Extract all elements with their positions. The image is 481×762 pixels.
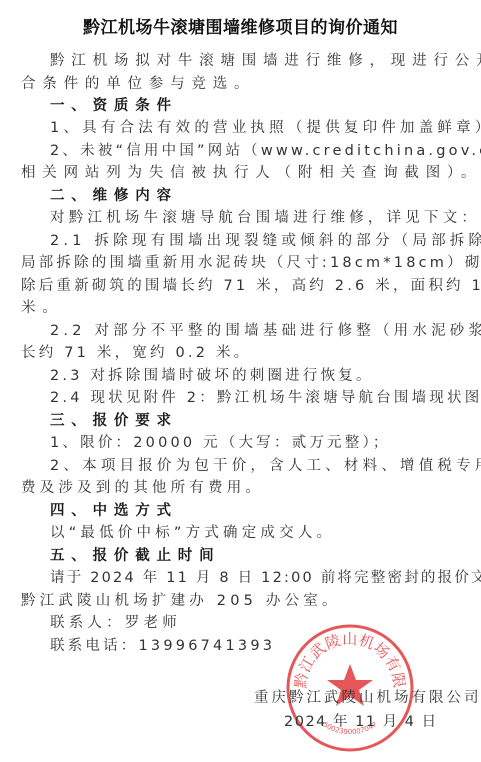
quote-1: 1、限价：20000 元（大写：贰万元整）； bbox=[50, 434, 471, 452]
repair-2-2-cont: 长约 71 米，宽约 0.2 米。 bbox=[21, 344, 471, 362]
repair-2-2: 2.2 对部分不平整的围墙基础进行修整（用水泥砂浆填平）， bbox=[50, 322, 471, 340]
signature-company: 重庆黔江武陵山机场有限公司 bbox=[254, 686, 481, 707]
notice-title: 黔江机场牛滚塘围墙维修项目的询价通知 bbox=[0, 13, 481, 38]
section-heading-selection: 四、中选方式 bbox=[50, 502, 471, 520]
repair-2-1-cont-3: 米。 bbox=[21, 299, 471, 317]
signature-date: 2024 年 11 月 4 日 bbox=[284, 710, 438, 731]
qualification-2-cont: 相关网站列为失信被执行人（附相关查询截图）。 bbox=[21, 164, 471, 182]
intro-line-1: 黔江机场拟对牛滚塘围墙进行维修，现进行公开询价，欢迎符 bbox=[50, 52, 471, 70]
repair-intro: 对黔江机场牛滚塘导航台围墙进行维修，详见下文： bbox=[50, 209, 471, 227]
repair-2-4: 2.4 现状见附件 2：黔江机场牛滚塘导航台围墙现状图。 bbox=[50, 389, 471, 407]
deadline-text: 请于 2024 年 11 月 8 日 12:00 前将完整密封的报价文件递交至 bbox=[50, 569, 471, 587]
repair-2-1-cont-2: 除后重新砌筑的围墙长约 71 米，高约 2.6 米，面积约 184.6 平方 bbox=[21, 277, 471, 295]
section-heading-repair: 二、维修内容 bbox=[50, 187, 471, 205]
repair-2-1: 2.1 拆除现有围墙出现裂缝或倾斜的部分（局部拆除），并对 bbox=[50, 232, 471, 250]
qualification-2: 2、未被“信用中国”网站（www.creditchina.gov.cn）或其他 bbox=[50, 142, 471, 160]
deadline-location: 黔江武陵山机场扩建办 205 办公室。 bbox=[21, 592, 471, 610]
selection-method: 以“最低价中标”方式确定成交人。 bbox=[50, 524, 471, 542]
section-heading-qualifications: 一、资质条件 bbox=[50, 97, 471, 115]
intro-line-2: 合条件的单位参与竞选。 bbox=[21, 75, 471, 93]
quote-2-cont: 费及涉及到的其他所有费用。 bbox=[21, 479, 471, 497]
repair-2-3: 2.3 对拆除围墙时破坏的刺圈进行恢复。 bbox=[50, 367, 471, 385]
quote-2: 2、本项目报价为包干价，含人工、材料、增值税专用发票税 bbox=[50, 457, 471, 475]
section-heading-deadline: 五、报价截止时间 bbox=[50, 547, 471, 565]
section-heading-quote: 三、报价要求 bbox=[50, 412, 471, 430]
qualification-1: 1、具有合法有效的营业执照（提供复印件加盖鲜章）； bbox=[50, 119, 471, 137]
repair-2-1-cont-1: 局部拆除的围墙重新用水泥砖块（尺寸:18cm*18cm）砌筑，需拆 bbox=[21, 254, 471, 272]
